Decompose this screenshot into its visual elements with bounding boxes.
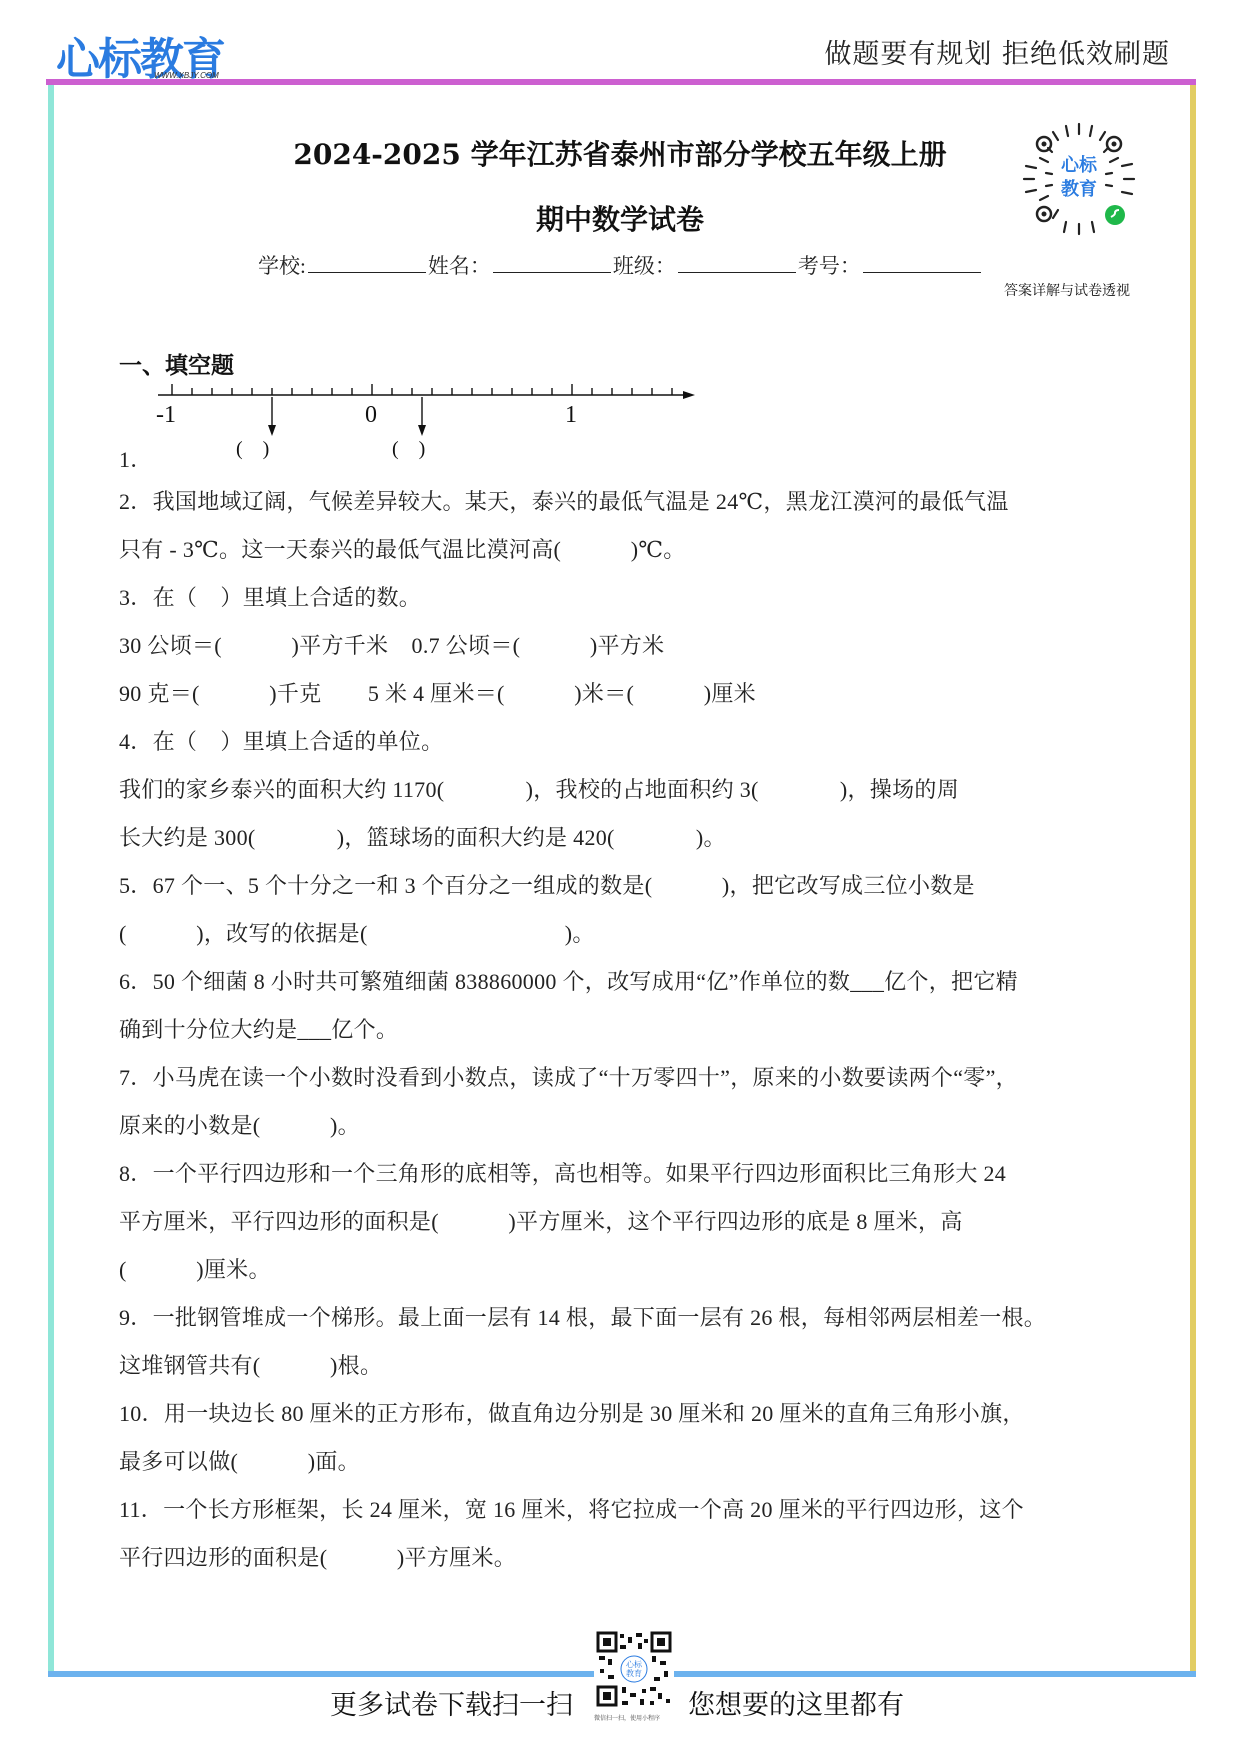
question-8-line3: ( )厘米。 <box>119 1253 271 1284</box>
number-line-label-1: 1 <box>565 402 577 429</box>
qr-logo-line1: 心标 <box>1056 154 1102 178</box>
svg-text:心标: 心标 <box>626 1659 643 1669</box>
class-blank[interactable] <box>678 254 796 273</box>
question-11-line1: 11．一个长方形框架，长 24 厘米，宽 16 厘米，将它拉成一个高 20 厘米… <box>119 1493 1024 1524</box>
question-3-line3: 90 克＝( )千克 5 米 4 厘米＝( )米＝( )厘米 <box>119 677 756 708</box>
number-line-label-0: 0 <box>365 402 377 429</box>
footer-qr-code[interactable]: 心标 教育 微信扫一扫，使用小程序 <box>594 1629 674 1719</box>
question-5-line1: 5．67 个一、5 个十分之一和 3 个百分之一组成的数是( )，把它改写成三位… <box>119 869 975 900</box>
qr-caption: 答案详解与试卷透视 <box>1004 280 1130 300</box>
question-9-line1: 9．一批钢管堆成一个梯形。最上面一层有 14 根，最下面一层有 26 根，每相邻… <box>119 1301 1046 1332</box>
school-label: 学校: <box>258 254 306 278</box>
class-label: 班级： <box>613 254 676 278</box>
qr-logo-line2: 教育 <box>1056 178 1102 202</box>
top-border <box>46 79 1196 85</box>
question-2-line2: 只有 - 3℃。这一天泰兴的最低气温比漠河高( )℃。 <box>119 533 686 564</box>
question-8-line1: 8．一个平行四边形和一个三角形的底相等，高也相等。如果平行四边形面积比三角形大 … <box>119 1157 1006 1188</box>
brand-logo: 心标教育 WWW.XBJY.COM <box>56 26 219 82</box>
footer-left-text: 更多试卷下载扫一扫 <box>330 1683 573 1722</box>
name-blank[interactable] <box>493 254 611 273</box>
question-7-line2: 原来的小数是( )。 <box>119 1109 360 1140</box>
answer-blank-1[interactable]: ( ) <box>236 438 269 461</box>
section-heading: 一、填空题 <box>119 347 234 380</box>
exam-no-label: 考号： <box>798 254 861 278</box>
svg-text:教育: 教育 <box>626 1668 642 1678</box>
question-8-line2: 平方厘米，平行四边形的面积是( )平方厘米，这个平行四边形的底是 8 厘米，高 <box>119 1205 963 1236</box>
footer-right-text: 您想要的这里都有 <box>688 1683 904 1722</box>
question-4-line1: 4．在（ ）里填上合适的单位。 <box>119 725 443 756</box>
exam-no-blank[interactable] <box>863 254 981 273</box>
question-11-line2: 平行四边形的面积是( )平方厘米。 <box>119 1541 516 1572</box>
question-3-line1: 3．在（ ）里填上合适的数。 <box>119 581 421 612</box>
left-border <box>48 85 54 1672</box>
miniprogram-qr-code[interactable]: 心标 教育 <box>1018 118 1140 240</box>
question-10-line1: 10．用一块边长 80 厘米的正方形布，做直角边分别是 30 厘米和 20 厘米… <box>119 1397 1025 1428</box>
right-border <box>1190 85 1196 1672</box>
answer-blank-2[interactable]: ( ) <box>392 438 425 461</box>
question-2-line1: 2．我国地域辽阔，气候差异较大。某天，泰兴的最低气温是 24℃，黑龙江漠河的最低… <box>119 485 1009 516</box>
question-5-line2: ( )，改写的依据是( )。 <box>119 917 595 948</box>
question-4-line3: 长大约是 300( )，篮球场的面积大约是 420( )。 <box>119 821 726 852</box>
question-6-line2: 确到十分位大约是___亿个。 <box>119 1013 398 1044</box>
qr-center-logo: 心标 教育 <box>1056 154 1102 202</box>
question-1: 1． <box>119 443 153 474</box>
number-line-label-neg1: -1 <box>156 402 176 429</box>
question-9-line2: 这堆钢管共有( )根。 <box>119 1349 382 1380</box>
question-4-line2: 我们的家乡泰兴的面积大约 1170( )，我校的占地面积约 3( )，操场的周 <box>119 773 959 804</box>
school-blank[interactable] <box>308 254 426 273</box>
name-label: 姓名： <box>428 254 491 278</box>
question-10-line2: 最多可以做( )面。 <box>119 1445 360 1476</box>
header-slogan: 做题要有规划 拒绝低效刷题 <box>824 32 1170 71</box>
question-6-line1: 6．50 个细菌 8 小时共可繁殖细菌 838860000 个，改写成用“亿”作… <box>119 965 1018 996</box>
footer-qr-caption: 微信扫一扫，使用小程序 <box>594 1713 674 1722</box>
number-line-figure: -1 0 1 ( ) ( ) <box>150 380 710 464</box>
question-3-line2: 30 公顷＝( )平方千米 0.7 公顷＝( )平方米 <box>119 629 664 660</box>
student-info-fields: 学校:姓名：班级：考号： <box>258 250 983 280</box>
question-7-line1: 7．小马虎在读一个小数时没看到小数点，读成了“十万零四十”，原来的小数要读两个“… <box>119 1061 1018 1092</box>
